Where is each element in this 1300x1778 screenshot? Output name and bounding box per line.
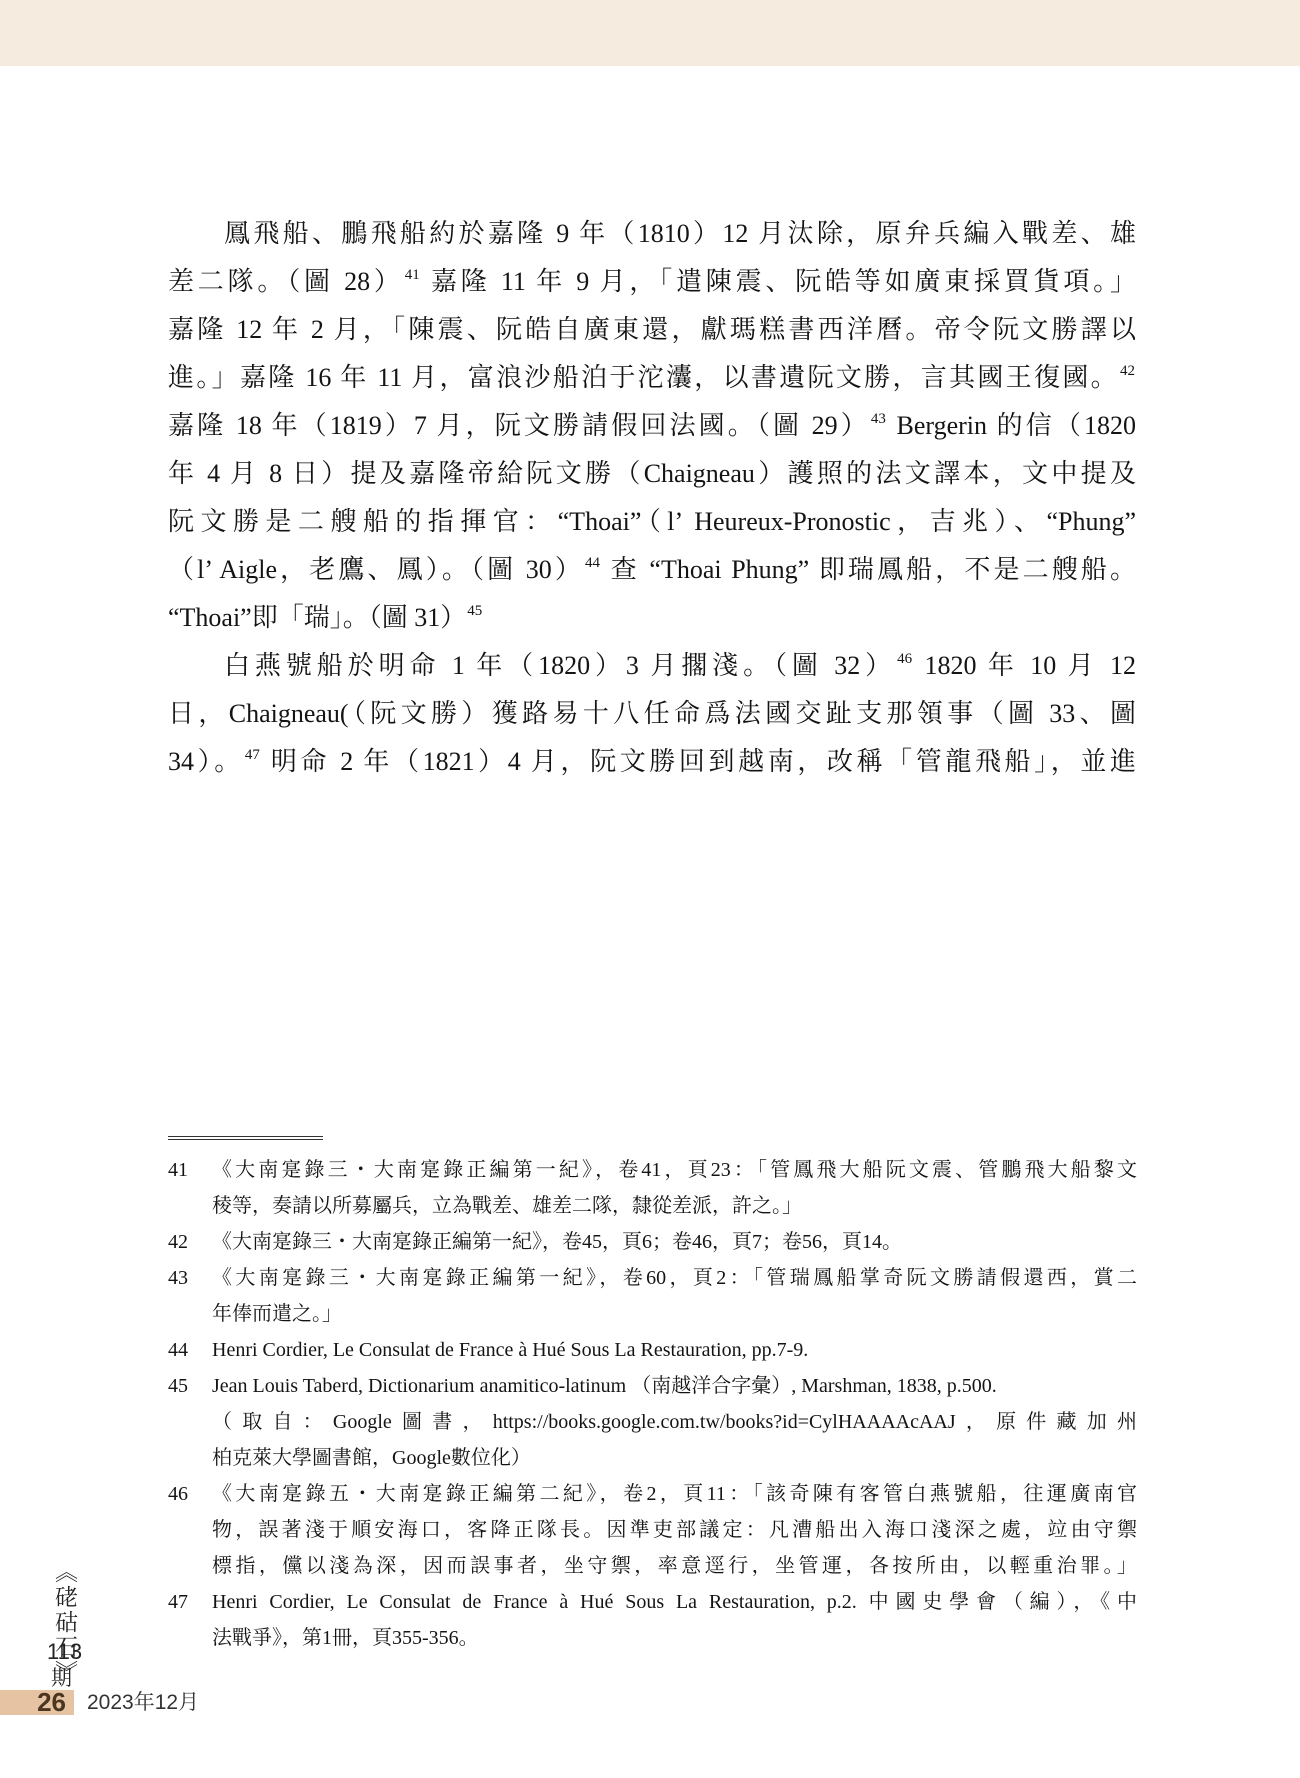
footnote-text: Henri Cordier, Le Consulat de France à H… [212,1584,1137,1656]
footnote-line: （取自：Google圖書，https://books.google.com.tw… [212,1404,1137,1440]
footnote-text: Jean Louis Taberd, Dictionarium anamitic… [212,1368,1137,1476]
journal-page: 鳳飛船、鵬飛船約於嘉隆 9 年（1810）12 月汰除，原弁兵編入戰差、雄差二隊… [0,0,1300,1778]
footnote-number: 43 [168,1260,212,1332]
body-line: 進。」嘉隆 16 年 11 月，富浪沙船泊于沱灢，以書遺阮文勝，言其國王復國。4… [168,354,1136,402]
footnote-number: 44 [168,1332,212,1368]
footnote: 44Henri Cordier, Le Consulat de France à… [168,1332,1137,1368]
body-line: 白燕號船於明命 1 年（1820）3 月擱淺。（圖 32）46 1820 年 1… [168,642,1136,690]
footnote-number: 45 [168,1368,212,1476]
footnote-ref: 46 [896,651,913,667]
footnote-line: 標指，儻以淺為深，因而誤事者，坐守禦，率意逕行，坐管運，各按所由，以輕重治罪。」 [212,1548,1137,1584]
footnote-line: Henri Cordier, Le Consulat de France à H… [212,1584,1137,1620]
footnote-number: 42 [168,1224,212,1260]
body-line: “Thoai”即「瑞」。（圖 31）45 [168,594,1136,642]
body-line: （l’ Aigle，老鷹、鳳）。（圖 30）44 查 “Thoai Phung”… [168,546,1136,594]
footnote-line: 《大南寔錄三・大南寔錄正編第一紀》，卷45，頁6；卷46，頁7；卷56，頁14。 [212,1224,1137,1260]
footnote-line: 柏克萊大學圖書館，Google數位化） [212,1440,1137,1476]
footnote-number: 47 [168,1584,212,1656]
footnote-number: 46 [168,1476,212,1584]
footnote: 42《大南寔錄三・大南寔錄正編第一紀》，卷45，頁6；卷46，頁7；卷56，頁1… [168,1224,1137,1260]
issue-date: 2023年12月 [87,1692,199,1714]
top-margin-band [0,0,1300,66]
body-line: 年 4 月 8 日）提及嘉隆帝給阮文勝（Chaigneau）護照的法文譯本，文中… [168,450,1136,498]
footnote-text: Henri Cordier, Le Consulat de France à H… [212,1332,1137,1368]
footnote-ref: 45 [466,603,483,619]
body-text: 鳳飛船、鵬飛船約於嘉隆 9 年（1810）12 月汰除，原弁兵編入戰差、雄差二隊… [168,210,1136,786]
footnote-line: Jean Louis Taberd, Dictionarium anamitic… [212,1368,1137,1404]
footnote: 46《大南寔錄五・大南寔錄正編第二紀》，卷2，頁11：「該奇陳有客管白燕號船，往… [168,1476,1137,1584]
footnote-line: 稜等，奏請以所募屬兵，立為戰差、雄差二隊，隸從差派，許之。」 [212,1188,1137,1224]
footnote-ref: 43 [870,411,887,427]
footnote-text: 《大南寔錄五・大南寔錄正編第二紀》，卷2，頁11：「該奇陳有客管白燕號船，往運廣… [212,1476,1137,1584]
footnote-ref: 42 [1119,363,1136,379]
footnote-divider [168,1136,323,1140]
body-line: 差二隊。（圖 28）41 嘉隆 11 年 9 月，「遣陳震、阮皓等如廣東採買貨項… [168,258,1136,306]
body-line: 鳳飛船、鵬飛船約於嘉隆 9 年（1810）12 月汰除，原弁兵編入戰差、雄 [168,210,1136,258]
footnote-line: 《大南寔錄五・大南寔錄正編第二紀》，卷2，頁11：「該奇陳有客管白燕號船，往運廣… [212,1476,1137,1512]
body-line: 嘉隆 18 年（1819）7 月，阮文勝請假回法國。（圖 29）43 Berge… [168,402,1136,450]
footnote-line: 物，誤著淺于順安海口，客降正隊長。因準吏部議定：凡漕船出入海口淺深之處，竝由守禦 [212,1512,1137,1548]
footnote-line: 年俸而遣之。」 [212,1296,1137,1332]
footnote-ref: 44 [584,555,601,571]
body-line: 34）。47 明命 2 年（1821）4 月，阮文勝回到越南，改稱「管龍飛船」，… [168,738,1136,786]
footnote-line: 《大南寔錄三・大南寔錄正編第一紀》，卷60，頁2：「管瑞鳳船掌奇阮文勝請假還西，… [212,1260,1137,1296]
body-line: 阮文勝是二艘船的指揮官：“Thoai”（l’ Heureux-Pronostic… [168,498,1136,546]
footnotes: 41《大南寔錄三・大南寔錄正編第一紀》，卷41，頁23：「管鳳飛大船阮文震、管鵬… [168,1152,1137,1656]
body-line: 嘉隆 12 年 2 月，「陳震、阮皓自廣東還，獻瑪糕書西洋曆。帝令阮文勝譯以 [168,306,1136,354]
page-number-badge: 26 [0,1690,74,1715]
footnote: 45Jean Louis Taberd, Dictionarium anamit… [168,1368,1137,1476]
footnote-text: 《大南寔錄三・大南寔錄正編第一紀》，卷45，頁6；卷46，頁7；卷56，頁14。 [212,1224,1137,1260]
footnote-number: 41 [168,1152,212,1224]
footnote: 41《大南寔錄三・大南寔錄正編第一紀》，卷41，頁23：「管鳳飛大船阮文震、管鵬… [168,1152,1137,1224]
footnote-line: Henri Cordier, Le Consulat de France à H… [212,1332,1137,1368]
footnote-text: 《大南寔錄三・大南寔錄正編第一紀》，卷41，頁23：「管鳳飛大船阮文震、管鵬飛大… [212,1152,1137,1224]
footnote-line: 法戰爭》，第1冊，頁355-356。 [212,1620,1137,1656]
footnote-ref: 47 [244,747,261,763]
body-line: 日，Chaigneau(（阮文勝）獲路易十八任命爲法國交趾支那領事（圖 33、圖 [168,690,1136,738]
footnote-line: 《大南寔錄三・大南寔錄正編第一紀》，卷41，頁23：「管鳳飛大船阮文震、管鵬飛大… [212,1152,1137,1188]
footnote-ref: 41 [404,267,421,283]
footnote-text: 《大南寔錄三・大南寔錄正編第一紀》，卷60，頁2：「管瑞鳳船掌奇阮文勝請假還西，… [212,1260,1137,1332]
footnote: 43《大南寔錄三・大南寔錄正編第一紀》，卷60，頁2：「管瑞鳳船掌奇阮文勝請假還… [168,1260,1137,1332]
footnote: 47Henri Cordier, Le Consulat de France à… [168,1584,1137,1656]
